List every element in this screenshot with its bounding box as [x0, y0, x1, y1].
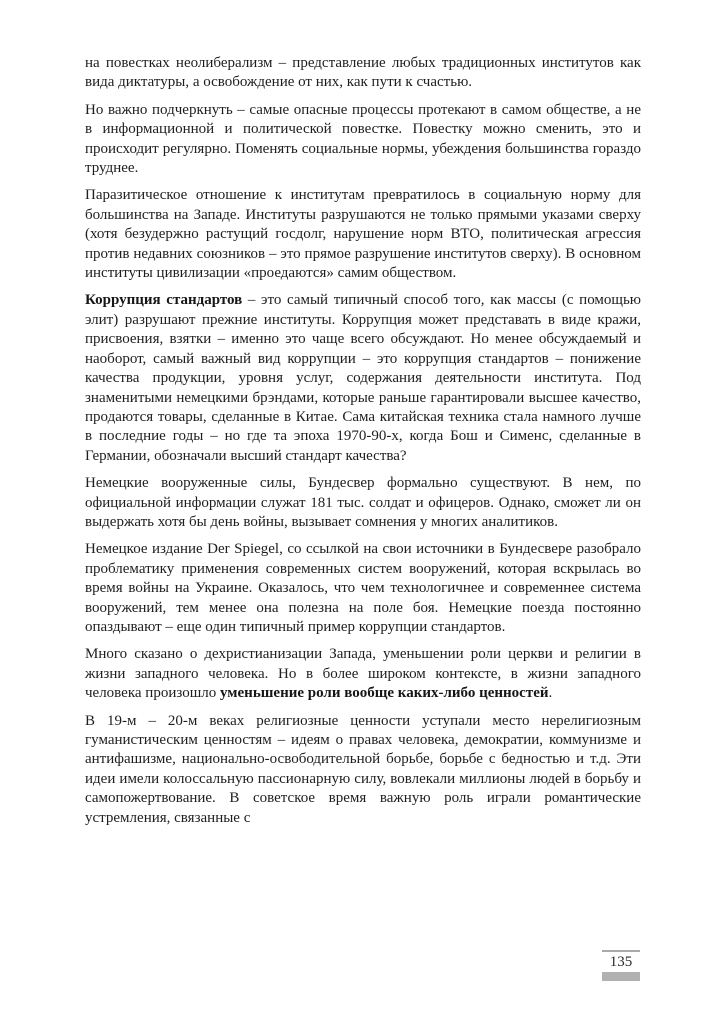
paragraph-text: Паразитическое отношение к институтам пр… [85, 187, 641, 281]
paragraph-text: – это самый типичный способ того, как ма… [85, 292, 641, 463]
paragraph: Немецкое издание Der Spiegel, со ссылкой… [85, 540, 641, 637]
paragraph: Паразитическое отношение к институтам пр… [85, 186, 641, 283]
paragraph-text: Немецкое издание Der Spiegel, со ссылкой… [85, 541, 641, 635]
document-page: на повестках неолиберализм – представлен… [0, 0, 725, 1024]
page-number: 135 [602, 953, 640, 971]
paragraph: Но важно подчеркнуть – самые опасные про… [85, 101, 641, 179]
paragraph-text: на повестках неолиберализм – представлен… [85, 55, 641, 90]
bold-term: уменьшение роли вообще каких-либо ценнос… [220, 685, 549, 701]
page-number-top-rule [602, 950, 640, 952]
paragraph: на повестках неолиберализм – представлен… [85, 54, 641, 93]
page-footer: 135 [602, 950, 640, 981]
paragraph: Немецкие вооруженные силы, Бундесвер фор… [85, 474, 641, 532]
paragraph: Много сказано о дехристианизации Запада,… [85, 645, 641, 703]
bold-term: Коррупция стандартов [85, 292, 242, 308]
paragraph-text: Но важно подчеркнуть – самые опасные про… [85, 102, 641, 176]
paragraph: В 19-м – 20-м веках религиозные ценности… [85, 712, 641, 828]
paragraph: Коррупция стандартов – это самый типичны… [85, 291, 641, 466]
page-number-bottom-bar [602, 972, 640, 981]
paragraph-text: . [549, 685, 553, 701]
paragraph-text: В 19-м – 20-м веках религиозные ценности… [85, 713, 641, 826]
page-body: на повестках неолиберализм – представлен… [85, 54, 641, 836]
paragraph-text: Немецкие вооруженные силы, Бундесвер фор… [85, 475, 641, 530]
